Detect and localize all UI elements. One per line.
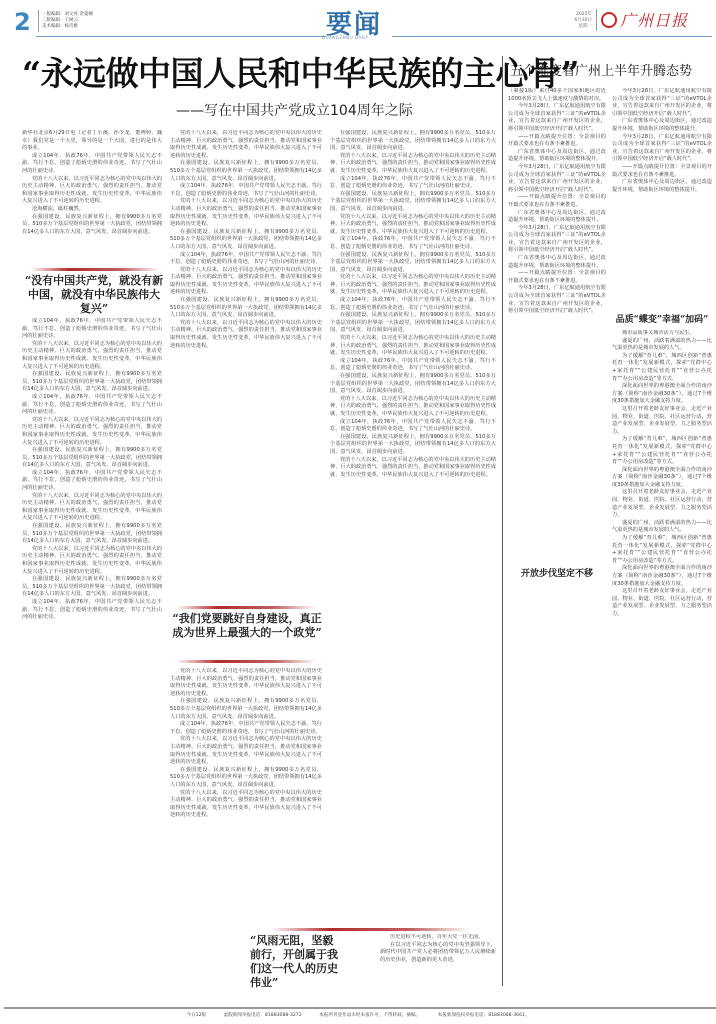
main-article-column-2a: 党的十八大以来，以习近平同志为核心的党中央以伟大的历史主动精神、巨大的政治勇气、…	[170, 130, 322, 600]
article-paragraph: 成立104年，执政76年，中国共产党带领人民矢志不渝、笃行不怠，创造了彪炳史册的…	[330, 297, 496, 312]
side-paragraph: ——开篇点睛提升位置：全景观目的开篇式要求也在有条不紊推进。	[612, 164, 712, 179]
main-article-column-1b: 成立104年，执政76年，中国共产党带领人民矢志不渝、笃行不怠，创造了彪炳史册的…	[22, 318, 162, 998]
side-subheading-2: 开放步伐坚定不移	[508, 566, 606, 579]
article-paragraph: 党的十八大以来，以习近平同志为核心的党中央以伟大的历史主动精神、巨大的政治勇气、…	[22, 176, 162, 206]
header-rule-right	[392, 36, 712, 37]
side-article-column-2b: 城市品质事关城市活力与民生。 盛夏的广州，活跃着满溢的热力——比气温更热的是城市…	[612, 330, 712, 998]
page-number: 2	[14, 8, 31, 36]
side-article-title: 五个维度看广州上半年升腾态势	[510, 60, 710, 79]
article-paragraph: 党的十八大以来，以习近平同志为核心的党中央以伟大的历史主动精神、巨大的政治勇气、…	[22, 493, 162, 523]
side-paragraph: 这里召开着老龄友好事业会，走近产业园、物业、街道、医院、社区运营行动，营造产业发…	[612, 406, 712, 436]
side-paragraph: 今年3月28日，广东亿航通用航空有限公司成为全球首家获得“三证”的eVTOL企业…	[508, 225, 606, 255]
article-paragraph: 党的十八大以来，以习近平同志为核心的党中央以伟大的历史主动精神、巨大的政治勇气、…	[330, 335, 496, 358]
date-weekday: 星期一	[568, 24, 592, 30]
article-paragraph: 党的十八大以来，以习近平同志为核心的党中央以伟大的历史主动精神、巨大的政治勇气、…	[330, 396, 496, 419]
side-paragraph: 盛夏的广州，活跃着满溢的热力——比气温更热的是城市发展的人气。	[612, 338, 712, 353]
article-paragraph: 成立104年，执政76年，中国共产党带领人民矢志不渝、笃行不怠，创造了彪炳史册的…	[330, 419, 496, 434]
side-article-column-2a: 今年3月28日，广东亿航通用航空有限公司成为全球首家获得“三证”的eVTOL企业…	[612, 88, 712, 308]
side-paragraph: 今年3月28日，广东亿航通用航空有限公司成为全球首家获得“三证”的eVTOL企业…	[508, 164, 606, 194]
article-paragraph: 党的十八大以来，以习近平同志为核心的党中央以伟大的历史主动精神、巨大的政治勇气、…	[330, 214, 496, 237]
main-article-column-1a: 新华社北京6月29日电（记者丁小溪、孙少龙、董博婷、魏幸）我们党是一个大党，领导…	[22, 130, 162, 250]
column-rule	[502, 56, 503, 986]
side-paragraph: 盛夏的广州，活跃着满溢的热力——比气温更热的是城市发展的人气。	[612, 520, 712, 535]
article-paragraph: 党的十八大以来，以习近平同志为核心的党中央以伟大的历史主动精神、巨大的政治勇气、…	[170, 790, 322, 820]
article-paragraph: 在强国建设、民族复兴新征程上，拥有9900多万名党员、510多万个基层党组织的世…	[22, 447, 162, 470]
main-subheadline: ——写在中国共产党成立104周年之际	[176, 100, 413, 120]
logo-text: 广州日报	[620, 11, 688, 30]
article-paragraph: 在强国建设、民族复兴新征程上，拥有9900多万名党员、510多万个基层党组织的世…	[22, 523, 162, 546]
pull-quote-1: “没有中国共产党，就没有新中国，就没有中华民族伟大复兴”	[24, 274, 164, 316]
article-paragraph: 成立104年，执政76年，中国共产党带领人民矢志不渝、笃行不怠，创造了彪炳史册的…	[330, 176, 496, 191]
main-article-closing: 历史进程不可逆转，百年大党一往无前。 在以习近平同志为核心的党中央坚强领导下，新…	[380, 934, 496, 998]
article-paragraph: 成立104年，执政76年，中国共产党带领人民矢志不渝、笃行不怠，创造了彪炳史册的…	[170, 252, 322, 267]
article-paragraph: 党的十八大以来，以习近平同志为核心的党中央以伟大的历史主动精神、巨大的政治勇气、…	[22, 341, 162, 371]
date-divider	[596, 9, 597, 31]
article-paragraph: 成立104年，执政76年，中国共产党带领人民矢志不渝、笃行不怠，创造了彪炳史册的…	[330, 358, 496, 373]
article-paragraph: 成立104年，执政76年，中国共产党带领人民矢志不渝、笃行不怠，创造了彪炳史册的…	[22, 394, 162, 417]
page-footer: 今日12版 虚假新闻举报电话：81883088-3272 本报所刊登作品未经本报…	[0, 1012, 716, 1018]
side-paragraph: 为了缓解“育儿难”，城西区创新“普惠托育一体化”发展新模式，探索“党群中心+家托…	[612, 535, 712, 565]
article-paragraph: 在强国建设、民族复兴新征程上，拥有9900多万名党员、510多万个基层党组织的世…	[170, 297, 322, 320]
article-paragraph: 在以习近平同志为核心的党中央坚强领导下，新时代中国共产党人必将团结带领亿万人民赓…	[380, 942, 496, 965]
article-paragraph: 在强国建设、民族复兴新征程上，拥有9900多万名党员、510多万个基层党组织的世…	[330, 130, 496, 153]
side-subheading-1: 品质“蝶变”幸福“加码”	[612, 312, 712, 325]
page-header: 2 一版编辑：刘文亮 余曼娴 二版编辑：王树云 美术编辑：杨诗雅 要闻 GUAN…	[0, 0, 716, 40]
footer-copyright-notice: 本报所刊登作品未经本报许可，不得转载、摘编。	[319, 1013, 420, 1018]
side-paragraph: 广东省奥体中心及周边街区，通过改造提升环境，帮助街区环境的整体提升。	[612, 118, 712, 133]
article-paragraph: 在强国建设、民族复兴新征程上，拥有9900多万名党员、510多万个基层党组织的世…	[22, 576, 162, 599]
article-paragraph: 成立104年，执政76年，中国共产党带领人民矢志不渝、笃行不怠，创造了彪炳史册的…	[22, 599, 162, 622]
article-paragraph: 在强国建设、民族复兴新征程上，拥有9900多万名党员、510多万个基层党组织的世…	[330, 252, 496, 275]
issue-date: 2025年 6月30日 星期一	[568, 12, 592, 30]
editors-credits: 一版编辑：刘文亮 余曼娴 二版编辑：王树云 美术编辑：杨诗雅	[42, 12, 93, 30]
article-paragraph: 党的十八大以来，以习近平同志为核心的党中央以伟大的历史主动精神、巨大的政治勇气、…	[170, 267, 322, 297]
side-paragraph: 今年3月28日，广东亿航通用航空有限公司成为全球首家获得“三证”的eVTOL企业…	[612, 134, 712, 164]
newspaper-logo: 广州日报	[601, 8, 688, 31]
pull-quote-2: “我们党要跳好自身建设，真正成为世界上最强大的一个政党”	[172, 612, 322, 640]
article-paragraph: 党的十八大以来，以习近平同志为核心的党中央以伟大的历史主动精神、巨大的政治勇气、…	[330, 153, 496, 176]
side-paragraph: 广东省奥体中心及周边街区，通过改造提升环境，帮助街区环境的整体提升。	[508, 149, 606, 164]
article-paragraph: 党的十八大以来，以习近平同志为核心的党中央以伟大的历史主动精神、巨大的政治勇气、…	[170, 320, 322, 350]
article-paragraph: 沧海横流，砥柱巍然。	[22, 206, 162, 214]
editor-line: 美术编辑：杨诗雅	[42, 24, 93, 30]
pull-quote-bar	[30, 268, 160, 271]
side-paragraph: 城市品质事关城市活力与民生。	[612, 330, 712, 338]
article-paragraph: 成立104年，执政76年，中国共产党带领人民矢志不渝、笃行不怠，创造了彪炳史册的…	[170, 183, 322, 198]
side-paragraph: 今年3月28日，广东亿航通用航空有限公司成为全球首家获得“三证”的eVTOL企业…	[508, 103, 606, 133]
side-paragraph: ——开篇点睛提升位置：全景观目的开篇式要求也在有条不紊推进。	[508, 134, 606, 149]
article-paragraph: 党的十八大以来，以习近平同志为核心的党中央以伟大的历史主动精神、巨大的政治勇气、…	[170, 736, 322, 766]
article-paragraph: 在强国建设、民族复兴新征程上，拥有9900多万名党员、510多万个基层党组织的世…	[170, 160, 322, 183]
article-paragraph: 党的十八大以来，以习近平同志为核心的党中央以伟大的历史主动精神、巨大的政治勇气、…	[330, 457, 496, 480]
article-paragraph: 在强国建设、民族复兴新征程上，拥有9900多万名党员、510多万个基层党组织的世…	[330, 312, 496, 335]
pull-quote-bar	[176, 606, 316, 609]
article-paragraph: 在强国建设、民族复兴新征程上，拥有9900多万名党员、510多万个基层党组织的世…	[170, 767, 322, 790]
side-paragraph: 深化面向世界的粤港澳全面合作的南沙方案（简称“南沙金融30条”），通过7个维度3…	[612, 565, 712, 588]
article-lead: 我们党是一个大党，领导的是一个大国，进行的是伟大的事业。	[22, 138, 162, 152]
article-paragraph: 在强国建设、民族复兴新征程上，拥有9900多万名党员、510多万个基层党组织的世…	[170, 229, 322, 252]
article-paragraph: 成立104年，执政76年，中国共产党带领人民矢志不渝、笃行不怠，创造了彪炳史册的…	[22, 470, 162, 493]
main-headline: “永远做中国人民和中华民族的主心骨”	[22, 52, 502, 96]
article-paragraph: 在强国建设、民族复兴新征程上，拥有9900多万名党员、510多万个基层党组织的世…	[22, 214, 162, 237]
main-article-column-3a: 在强国建设、民族复兴新征程上，拥有9900多万名党员、510多万个基层党组织的世…	[330, 130, 496, 925]
article-paragraph: 党的十八大以来，以习近平同志为核心的党中央以伟大的历史主动精神、巨大的政治勇气、…	[170, 198, 322, 228]
article-paragraph: 在强国建设、民族复兴新征程上，拥有9900多万名党员、510多万个基层党组织的世…	[330, 373, 496, 396]
logo-mark-icon	[601, 12, 617, 28]
article-paragraph: 成立104年，执政76年，中国共产党带领人民矢志不渝、笃行不怠，创造了彪炳史册的…	[170, 721, 322, 736]
article-paragraph: 在强国建设、民族复兴新征程上，拥有9900多万名党员、510多万个基层党组织的世…	[170, 698, 322, 721]
side-paragraph: ——开篇点睛提升位置：全景观目的开篇式要求也在有条不紊推进。	[508, 194, 606, 209]
pull-quote-3: “风雨无阻，坚毅前行，开创属于我们这一代人的历史伟业”	[250, 934, 340, 990]
side-paragraph: 深化面向世界的粤港澳全面合作的南沙方案（简称“南沙金融30条”），通过7个维度3…	[612, 467, 712, 490]
footer-rule	[4, 1007, 716, 1009]
side-paragraph: 广东省奥体中心及周边街区，通过改造提升环境，帮助街区环境的整体提升。	[508, 255, 606, 270]
article-paragraph: 在强国建设、民族复兴新征程上，拥有9900多万名党员、510多万个基层党组织的世…	[330, 434, 496, 457]
section-subtitle: GUANGZHOU DAILY	[322, 35, 369, 40]
footer-false-news-hotline: 虚假新闻举报电话：81883088-3272	[224, 1013, 302, 1018]
side-paragraph: 深化面向世界的粤港澳全面合作的南沙方案（简称“南沙金融30条”），通过7个维度3…	[612, 383, 712, 406]
header-divider	[38, 10, 39, 32]
side-paragraph: 今年3月28日，广东亿航通用航空有限公司成为全球首家获得“三证”的eVTOL企业…	[508, 285, 606, 315]
pull-quote-bar	[176, 660, 316, 663]
article-paragraph: 在强国建设、民族复兴新征程上，拥有9900多万名党员、510多万个基层党组织的世…	[330, 191, 496, 214]
side-article-lead: （紧接1版）来自40多个国家和地区的近1000名顶尖飞人上演速度与激情的对决。	[508, 88, 606, 103]
article-paragraph: 党的十八大以来，以习近平同志为核心的党中央以伟大的历史主动精神、巨大的政治勇气、…	[22, 417, 162, 447]
article-paragraph: 历史进程不可逆转，百年大党一往无前。	[380, 934, 496, 942]
header-rule-left	[36, 36, 326, 37]
article-paragraph: 成立104年，执政76年，中国共产党带领人民矢志不渝、笃行不怠，创造了彪炳史册的…	[330, 236, 496, 251]
footer-edition-count: 今日12版	[186, 1013, 206, 1018]
side-paragraph: 为了缓解“育儿难”，城西区创新“普惠托育一体化”发展新模式，探索“党群中心+家托…	[612, 353, 712, 383]
article-paragraph: 党的十八大以来，以习近平同志为核心的党中央以伟大的历史主动精神、巨大的政治勇气、…	[330, 274, 496, 297]
side-article-column-1: （紧接1版）来自40多个国家和地区的近1000名顶尖飞人上演速度与激情的对决。 …	[508, 88, 606, 998]
side-paragraph: 这里召开着老龄友好事业会，走近产业园、物业、街道、医院、社区运营行动，营造产业发…	[612, 588, 712, 618]
side-paragraph: ——开篇点睛提升位置：全景观目的开篇式要求也在有条不紊推进。	[508, 270, 606, 285]
article-paragraph: 在强国建设、民族复兴新征程上，拥有9900多万名党员、510多万个基层党组织的世…	[22, 371, 162, 394]
article-paragraph: 成立104年，执政76年，中国共产党带领人民矢志不渝、笃行不怠，创造了彪炳史册的…	[22, 153, 162, 176]
article-paragraph: 党的十八大以来，以习近平同志为核心的党中央以伟大的历史主动精神、巨大的政治勇气、…	[22, 546, 162, 576]
footer-infringement-hotline: 本报新闻侵权举报电话：81883088-3661。	[438, 1013, 530, 1018]
side-paragraph: 广东省奥体中心及周边街区，通过改造提升环境，帮助街区环境的整体提升。	[508, 210, 606, 225]
side-paragraph: 今年3月28日，广东亿航通用航空有限公司成为全球首家获得“三证”的eVTOL企业…	[612, 88, 712, 118]
pull-quote-bar	[270, 928, 470, 931]
article-paragraph: 党的十八大以来，以习近平同志为核心的党中央以伟大的历史主动精神、巨大的政治勇气、…	[170, 668, 322, 698]
article-paragraph: 成立104年，执政76年，中国共产党带领人民矢志不渝、笃行不怠，创造了彪炳史册的…	[22, 318, 162, 341]
side-paragraph: 这里召开着老龄友好事业会，走近产业园、物业、街道、医院、社区运营行动，营造产业发…	[612, 489, 712, 519]
side-paragraph: 为了缓解“育儿难”，城西区创新“普惠托育一体化”发展新模式，探索“党群中心+家托…	[612, 436, 712, 466]
side-paragraph: 广东省奥体中心及周边街区，通过改造提升环境，帮助街区环境的整体提升。	[612, 179, 712, 194]
article-paragraph: 党的十八大以来，以习近平同志为核心的党中央以伟大的历史主动精神、巨大的政治勇气、…	[170, 130, 322, 160]
